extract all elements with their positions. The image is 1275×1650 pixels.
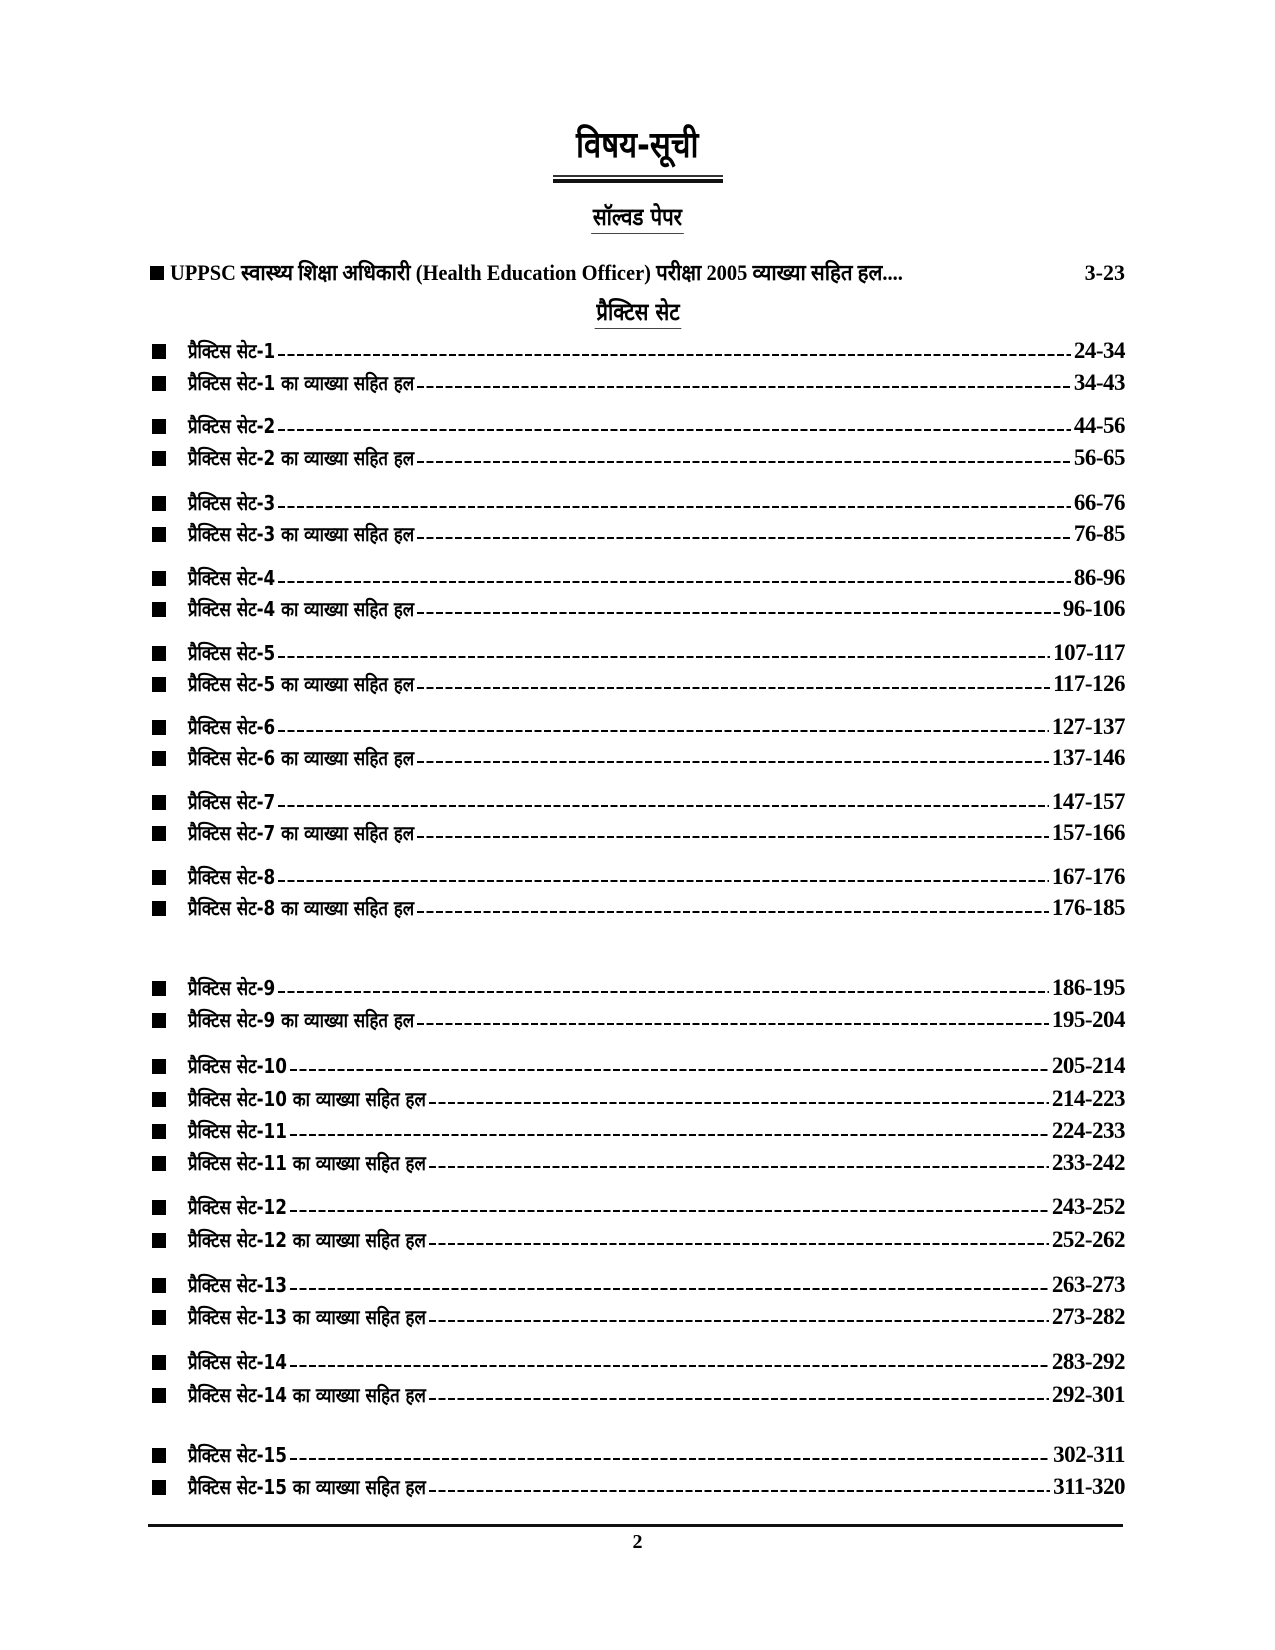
black-square-bullet-icon — [152, 901, 166, 916]
black-square-bullet-icon — [152, 1124, 166, 1139]
dash-leader — [429, 1102, 1049, 1104]
toc-entry[interactable]: प्रैक्टिस सेट-11 का व्याख्या सहित हल233-… — [150, 1148, 1125, 1178]
toc-entry[interactable]: प्रैक्टिस सेट-4 का व्याख्या सहित हल96-10… — [150, 594, 1125, 624]
black-square-bullet-icon — [152, 1013, 166, 1028]
solved-paper-entry[interactable]: UPPSC स्वास्थ्य शिक्षा अधिकारी (Health E… — [150, 259, 1125, 287]
dash-leader — [417, 761, 1049, 763]
toc-entry-pages: 252-262 — [1052, 1225, 1125, 1255]
toc-entry-label: प्रैक्टिस सेट-9 का व्याख्या सहित हल — [188, 1005, 414, 1035]
toc-entry-label: प्रैक्टिस सेट-5 का व्याख्या सहित हल — [188, 669, 414, 699]
toc-entry-label: प्रैक्टिस सेट-1 — [188, 336, 275, 366]
practice-sets-heading: प्रैक्टिस सेट — [594, 297, 681, 329]
toc-entry-pages: 127-137 — [1052, 712, 1125, 742]
toc-entry-pages: 243-252 — [1052, 1192, 1125, 1222]
toc-entry-pages: 186-195 — [1052, 973, 1125, 1003]
toc-entry-label: प्रैक्टिस सेट-2 — [188, 411, 275, 441]
toc-entry[interactable]: प्रैक्टिस सेट-11224-233 — [150, 1116, 1125, 1146]
toc-entry-label-wrap: प्रैक्टिस सेट-15 — [188, 1440, 287, 1470]
toc-entry-pages: 302-311 — [1053, 1440, 1125, 1470]
toc-entry-label-wrap: प्रैक्टिस सेट-5 — [188, 638, 275, 668]
toc-entry-pages: 205-214 — [1052, 1051, 1125, 1081]
toc-entry-label-wrap: प्रैक्टिस सेट-9 — [188, 973, 275, 1003]
dash-leader — [278, 506, 1071, 508]
black-square-bullet-icon — [152, 527, 166, 542]
solved-papers-heading-block: सॉल्वड पेपर — [0, 202, 1275, 234]
title-double-underline — [553, 175, 723, 183]
toc-entry-label: प्रैक्टिस सेट-11 — [188, 1116, 287, 1146]
toc-entry-label: प्रैक्टिस सेट-11 का व्याख्या सहित हल — [188, 1148, 426, 1178]
toc-entry[interactable]: प्रैक्टिस सेट-13 का व्याख्या सहित हल273-… — [150, 1302, 1125, 1332]
black-square-bullet-icon — [152, 795, 166, 810]
toc-entry-label-wrap: प्रैक्टिस सेट-10 — [188, 1051, 287, 1081]
black-square-bullet-icon — [152, 1200, 166, 1215]
toc-entry-label-wrap: प्रैक्टिस सेट-12 — [188, 1192, 287, 1222]
toc-entry-pages: 66-76 — [1074, 488, 1125, 518]
toc-entry-label: प्रैक्टिस सेट-6 का व्याख्या सहित हल — [188, 743, 414, 773]
toc-entry-pages: 147-157 — [1052, 787, 1125, 817]
page-title: विषय-सूची — [576, 124, 699, 168]
toc-entry-label-wrap: प्रैक्टिस सेट-8 का व्याख्या सहित हल — [188, 893, 414, 923]
black-square-bullet-icon — [152, 646, 166, 661]
black-square-bullet-icon — [152, 1059, 166, 1074]
toc-entry-label: प्रैक्टिस सेट-7 का व्याख्या सहित हल — [188, 818, 414, 848]
toc-entry-label-wrap: प्रैक्टिस सेट-6 — [188, 712, 275, 742]
dash-leader — [429, 1320, 1049, 1322]
toc-entry-label: प्रैक्टिस सेट-12 का व्याख्या सहित हल — [188, 1225, 426, 1255]
black-square-bullet-icon — [152, 1388, 166, 1403]
dash-leader — [278, 880, 1049, 882]
black-square-bullet-icon — [152, 1233, 166, 1248]
toc-entry-label-wrap: प्रैक्टिस सेट-5 का व्याख्या सहित हल — [188, 669, 414, 699]
toc-entry-label: प्रैक्टिस सेट-5 — [188, 638, 275, 668]
toc-entry[interactable]: प्रैक्टिस सेट-8167-176 — [150, 862, 1125, 892]
black-square-bullet-icon — [152, 1480, 166, 1495]
toc-entry-label-wrap: प्रैक्टिस सेट-12 का व्याख्या सहित हल — [188, 1225, 426, 1255]
toc-entry-label: प्रैक्टिस सेट-15 — [188, 1440, 287, 1470]
toc-entry-label-wrap: प्रैक्टिस सेट-4 — [188, 563, 275, 593]
toc-entry-label: प्रैक्टिस सेट-9 — [188, 973, 275, 1003]
title-underline-thin — [553, 175, 723, 177]
toc-entry-label-wrap: प्रैक्टिस सेट-11 का व्याख्या सहित हल — [188, 1148, 426, 1178]
dash-leader — [278, 805, 1049, 807]
toc-entry-label: प्रैक्टिस सेट-14 — [188, 1347, 287, 1377]
black-square-bullet-icon — [152, 1156, 166, 1171]
dash-leader — [278, 730, 1049, 732]
toc-entry-label-wrap: प्रैक्टिस सेट-2 का व्याख्या सहित हल — [188, 443, 414, 473]
toc-entry-pages: 76-85 — [1074, 519, 1125, 549]
solved-paper-entry-pages: 3-23 — [1085, 259, 1125, 287]
toc-entry[interactable]: प्रैक्टिस सेट-14283-292 — [150, 1347, 1125, 1377]
dash-leader — [278, 354, 1071, 356]
dash-leader — [429, 1166, 1049, 1168]
dash-leader — [290, 1134, 1049, 1136]
toc-entry-pages: 56-65 — [1074, 443, 1125, 473]
page-title-block: विषय-सूची — [0, 124, 1275, 168]
toc-entry-pages: 96-106 — [1063, 594, 1125, 624]
black-square-bullet-icon — [152, 451, 166, 466]
black-square-bullet-icon — [152, 344, 166, 359]
toc-entry-pages: 24-34 — [1074, 336, 1125, 366]
dash-leader — [429, 1490, 1050, 1492]
toc-entry[interactable]: प्रैक्टिस सेट-6 का व्याख्या सहित हल137-1… — [150, 743, 1125, 773]
dash-leader — [290, 1365, 1049, 1367]
toc-entry-label-wrap: प्रैक्टिस सेट-3 का व्याख्या सहित हल — [188, 519, 414, 549]
toc-entry-pages: 86-96 — [1074, 563, 1125, 593]
toc-entry-label-wrap: प्रैक्टिस सेट-1 — [188, 336, 275, 366]
toc-entry-pages: 137-146 — [1052, 743, 1125, 773]
toc-entry-label-wrap: प्रैक्टिस सेट-1 का व्याख्या सहित हल — [188, 368, 414, 398]
toc-entry-label: प्रैक्टिस सेट-14 का व्याख्या सहित हल — [188, 1380, 426, 1410]
black-square-bullet-icon — [152, 376, 166, 391]
toc-entry-pages: 107-117 — [1053, 638, 1125, 668]
dash-leader — [417, 687, 1050, 689]
dash-leader — [417, 537, 1071, 539]
black-square-bullet-icon — [152, 419, 166, 434]
black-square-bullet-icon — [152, 1355, 166, 1370]
toc-entry[interactable]: प्रैक्टिस सेट-12243-252 — [150, 1192, 1125, 1222]
black-square-bullet-icon — [152, 751, 166, 766]
toc-entry[interactable]: प्रैक्टिस सेट-5107-117 — [150, 638, 1125, 668]
toc-entry-label: प्रैक्टिस सेट-7 — [188, 787, 275, 817]
toc-entry-label-wrap: प्रैक्टिस सेट-2 — [188, 411, 275, 441]
toc-entry[interactable]: प्रैक्टिस सेट-10205-214 — [150, 1051, 1125, 1081]
black-square-bullet-icon — [152, 1448, 166, 1463]
black-square-bullet-icon — [152, 1278, 166, 1293]
black-square-bullet-icon — [152, 1092, 166, 1107]
toc-entry-label-wrap: प्रैक्टिस सेट-14 — [188, 1347, 287, 1377]
toc-entry-pages: 263-273 — [1052, 1270, 1125, 1300]
dash-leader — [290, 1069, 1049, 1071]
toc-entry[interactable]: प्रैक्टिस सेट-1 का व्याख्या सहित हल34-43 — [150, 368, 1125, 398]
dash-leader — [417, 461, 1071, 463]
toc-entry-label-wrap: प्रैक्टिस सेट-9 का व्याख्या सहित हल — [188, 1005, 414, 1035]
toc-entry[interactable]: प्रैक्टिस सेट-15 का व्याख्या सहित हल311-… — [150, 1472, 1125, 1502]
toc-entry-label-wrap: प्रैक्टिस सेट-11 — [188, 1116, 287, 1146]
practice-sets-heading-block: प्रैक्टिस सेट — [0, 297, 1275, 329]
toc-entry-label-wrap: प्रैक्टिस सेट-13 का व्याख्या सहित हल — [188, 1302, 426, 1332]
toc-entry-pages: 311-320 — [1053, 1472, 1125, 1502]
dash-leader — [417, 1023, 1049, 1025]
toc-entry[interactable]: प्रैक्टिस सेट-8 का व्याख्या सहित हल176-1… — [150, 893, 1125, 923]
toc-entry[interactable]: प्रैक्टिस सेट-6127-137 — [150, 712, 1125, 742]
toc-entry[interactable]: प्रैक्टिस सेट-366-76 — [150, 488, 1125, 518]
toc-entry-label-wrap: प्रैक्टिस सेट-7 का व्याख्या सहित हल — [188, 818, 414, 848]
black-square-bullet-icon — [152, 1310, 166, 1325]
black-square-bullet-icon — [152, 496, 166, 511]
black-square-bullet-icon — [150, 266, 164, 280]
solved-papers-heading: सॉल्वड पेपर — [591, 202, 684, 234]
dash-leader — [290, 1288, 1049, 1290]
dash-leader — [278, 991, 1049, 993]
toc-entry-label: प्रैक्टिस सेट-13 का व्याख्या सहित हल — [188, 1302, 426, 1332]
black-square-bullet-icon — [152, 677, 166, 692]
toc-entry-pages: 176-185 — [1052, 893, 1125, 923]
solved-paper-entry-label: UPPSC स्वास्थ्य शिक्षा अधिकारी (Health E… — [170, 259, 1058, 287]
toc-entry-pages: 214-223 — [1052, 1084, 1125, 1114]
toc-entry[interactable]: प्रैक्टिस सेट-2 का व्याख्या सहित हल56-65 — [150, 443, 1125, 473]
toc-entry-pages: 157-166 — [1052, 818, 1125, 848]
toc-entry-label: प्रैक्टिस सेट-13 — [188, 1270, 287, 1300]
toc-entry[interactable]: प्रैक्टिस सेट-12 का व्याख्या सहित हल252-… — [150, 1225, 1125, 1255]
black-square-bullet-icon — [152, 826, 166, 841]
toc-entry-pages: 273-282 — [1052, 1302, 1125, 1332]
toc-entry-label: प्रैक्टिस सेट-15 का व्याख्या सहित हल — [188, 1472, 426, 1502]
dash-leader — [290, 1210, 1049, 1212]
black-square-bullet-icon — [152, 602, 166, 617]
toc-entry[interactable]: प्रैक्टिस सेट-7 का व्याख्या सहित हल157-1… — [150, 818, 1125, 848]
dash-leader — [417, 911, 1049, 913]
toc-entry[interactable]: प्रैक्टिस सेट-10 का व्याख्या सहित हल214-… — [150, 1084, 1125, 1114]
toc-entry-label: प्रैक्टिस सेट-2 का व्याख्या सहित हल — [188, 443, 414, 473]
toc-entry-label: प्रैक्टिस सेट-10 का व्याख्या सहित हल — [188, 1084, 426, 1114]
dash-leader — [429, 1398, 1049, 1400]
black-square-bullet-icon — [152, 870, 166, 885]
toc-entry[interactable]: प्रैक्टिस सेट-14 का व्याख्या सहित हल292-… — [150, 1380, 1125, 1410]
dash-leader — [429, 1243, 1049, 1245]
toc-entry-pages: 195-204 — [1052, 1005, 1125, 1035]
toc-entry-label-wrap: प्रैक्टिस सेट-14 का व्याख्या सहित हल — [188, 1380, 426, 1410]
toc-entry-label: प्रैक्टिस सेट-4 का व्याख्या सहित हल — [188, 594, 414, 624]
toc-entry-pages: 283-292 — [1052, 1347, 1125, 1377]
toc-entry[interactable]: प्रैक्टिस सेट-9186-195 — [150, 973, 1125, 1003]
toc-entry[interactable]: प्रैक्टिस सेट-124-34 — [150, 336, 1125, 366]
toc-entry-label-wrap: प्रैक्टिस सेट-15 का व्याख्या सहित हल — [188, 1472, 426, 1502]
toc-entry-label: प्रैक्टिस सेट-10 — [188, 1051, 287, 1081]
toc-entry-pages: 44-56 — [1074, 411, 1125, 441]
page-number: 2 — [0, 1530, 1275, 1554]
toc-entry-pages: 117-126 — [1053, 669, 1125, 699]
dash-leader — [278, 429, 1071, 431]
toc-entry-pages: 292-301 — [1052, 1380, 1125, 1410]
toc-entry[interactable]: प्रैक्टिस सेट-9 का व्याख्या सहित हल195-2… — [150, 1005, 1125, 1035]
toc-entry-label: प्रैक्टिस सेट-6 — [188, 712, 275, 742]
toc-entry[interactable]: प्रैक्टिस सेट-15302-311 — [150, 1440, 1125, 1470]
dash-leader — [290, 1458, 1050, 1460]
dash-leader — [417, 386, 1071, 388]
toc-entry-label: प्रैक्टिस सेट-4 — [188, 563, 275, 593]
toc-entry-pages: 34-43 — [1074, 368, 1125, 398]
footer-rule — [148, 1524, 1123, 1527]
toc-entry-label: प्रैक्टिस सेट-3 — [188, 488, 275, 518]
toc-entry-label-wrap: प्रैक्टिस सेट-13 — [188, 1270, 287, 1300]
toc-entry-pages: 233-242 — [1052, 1148, 1125, 1178]
toc-entry[interactable]: प्रैक्टिस सेट-7147-157 — [150, 787, 1125, 817]
toc-entry[interactable]: प्रैक्टिस सेट-244-56 — [150, 411, 1125, 441]
dash-leader — [417, 612, 1060, 614]
toc-entry-label: प्रैक्टिस सेट-12 — [188, 1192, 287, 1222]
dash-leader — [278, 656, 1050, 658]
black-square-bullet-icon — [152, 720, 166, 735]
dash-leader — [417, 836, 1049, 838]
toc-entry-label-wrap: प्रैक्टिस सेट-6 का व्याख्या सहित हल — [188, 743, 414, 773]
toc-entry-label: प्रैक्टिस सेट-8 — [188, 862, 275, 892]
toc-entry-label: प्रैक्टिस सेट-3 का व्याख्या सहित हल — [188, 519, 414, 549]
toc-entry-label-wrap: प्रैक्टिस सेट-3 — [188, 488, 275, 518]
dash-leader — [278, 581, 1071, 583]
black-square-bullet-icon — [152, 571, 166, 586]
toc-entry-pages: 167-176 — [1052, 862, 1125, 892]
title-underline-thick — [553, 179, 723, 183]
toc-entry[interactable]: प्रैक्टिस सेट-13263-273 — [150, 1270, 1125, 1300]
toc-entry-label: प्रैक्टिस सेट-8 का व्याख्या सहित हल — [188, 893, 414, 923]
toc-entry-label: प्रैक्टिस सेट-1 का व्याख्या सहित हल — [188, 368, 414, 398]
toc-entry-label-wrap: प्रैक्टिस सेट-8 — [188, 862, 275, 892]
toc-entry[interactable]: प्रैक्टिस सेट-486-96 — [150, 563, 1125, 593]
toc-entry-label-wrap: प्रैक्टिस सेट-4 का व्याख्या सहित हल — [188, 594, 414, 624]
toc-entry-label-wrap: प्रैक्टिस सेट-7 — [188, 787, 275, 817]
toc-entry-pages: 224-233 — [1052, 1116, 1125, 1146]
black-square-bullet-icon — [152, 981, 166, 996]
toc-entry[interactable]: प्रैक्टिस सेट-5 का व्याख्या सहित हल117-1… — [150, 669, 1125, 699]
toc-entry-label-wrap: प्रैक्टिस सेट-10 का व्याख्या सहित हल — [188, 1084, 426, 1114]
toc-entry[interactable]: प्रैक्टिस सेट-3 का व्याख्या सहित हल76-85 — [150, 519, 1125, 549]
